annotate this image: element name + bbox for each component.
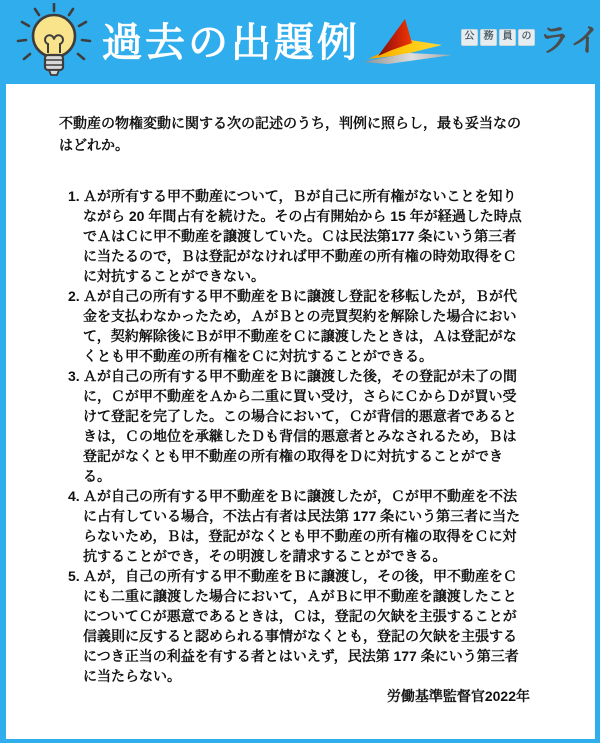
option-number: 2. — [68, 286, 83, 306]
option-number: 1. — [68, 186, 83, 206]
option-text: Ａが自己の所有する甲不動産をＢに譲渡したが，Ｃが甲不動産を不法に占有している場合… — [83, 486, 530, 566]
option-item: 4.Ａが自己の所有する甲不動産をＢに譲渡したが，Ｃが甲不動産を不法に占有している… — [68, 486, 530, 566]
worksheet-page: 過去の出題例 — [0, 0, 600, 743]
question-panel: 不動産の物権変動に関する次の記述のうち，判例に照らし，最も妥当なのはどれか。 1… — [6, 84, 595, 739]
logo-prefix-char: 員 — [499, 29, 516, 46]
option-item: 5.Ａが，自己の所有する甲不動産をＢに譲渡し，その後，甲不動産をＣにも二重に譲渡… — [68, 566, 530, 686]
option-item: 1.Ａが所有する甲不動産について，Ｂが自己に所有権がないことを知りながら 20 … — [68, 186, 530, 286]
lightbulb-icon — [16, 3, 92, 81]
option-text: Ａが所有する甲不動産について，Ｂが自己に所有権がないことを知りながら 20 年間… — [83, 186, 530, 286]
options-list: 1.Ａが所有する甲不動産について，Ｂが自己に所有権がないことを知りながら 20 … — [59, 186, 530, 686]
option-text: Ａが自己の所有する甲不動産をＢに譲渡し登記を移転したが，Ｂが代金を支払わなかった… — [83, 286, 530, 366]
logo-prefix-char: 務 — [480, 29, 497, 46]
option-number: 5. — [68, 566, 83, 586]
logo-prefix-char: の — [518, 29, 535, 46]
page-title: 過去の出題例 — [102, 11, 360, 68]
option-number: 4. — [68, 486, 83, 506]
source-label: 労働基準監督官2022年 — [59, 686, 530, 706]
option-number: 3. — [68, 366, 83, 386]
paper-plane-icon — [360, 17, 455, 67]
logo-brand-text: ライト — [539, 15, 600, 60]
logo-prefix-char: 公 — [461, 29, 478, 46]
brand-logo: 公務員の ライト — [360, 15, 600, 70]
header: 過去の出題例 — [0, 0, 600, 84]
question-prompt: 不動産の物権変動に関する次の記述のうち，判例に照らし，最も妥当なのはどれか。 — [59, 112, 530, 156]
option-item: 2.Ａが自己の所有する甲不動産をＢに譲渡し登記を移転したが，Ｂが代金を支払わなか… — [68, 286, 530, 366]
option-item: 3.Ａが自己の所有する甲不動産をＢに譲渡した後，その登記が未了の間に，Ｃが甲不動… — [68, 366, 530, 486]
option-text: Ａが，自己の所有する甲不動産をＢに譲渡し，その後，甲不動産をＣにも二重に譲渡した… — [83, 566, 530, 686]
option-text: Ａが自己の所有する甲不動産をＢに譲渡した後，その登記が未了の間に，Ｃが甲不動産を… — [83, 366, 530, 486]
logo-prefix: 公務員の — [461, 29, 535, 46]
